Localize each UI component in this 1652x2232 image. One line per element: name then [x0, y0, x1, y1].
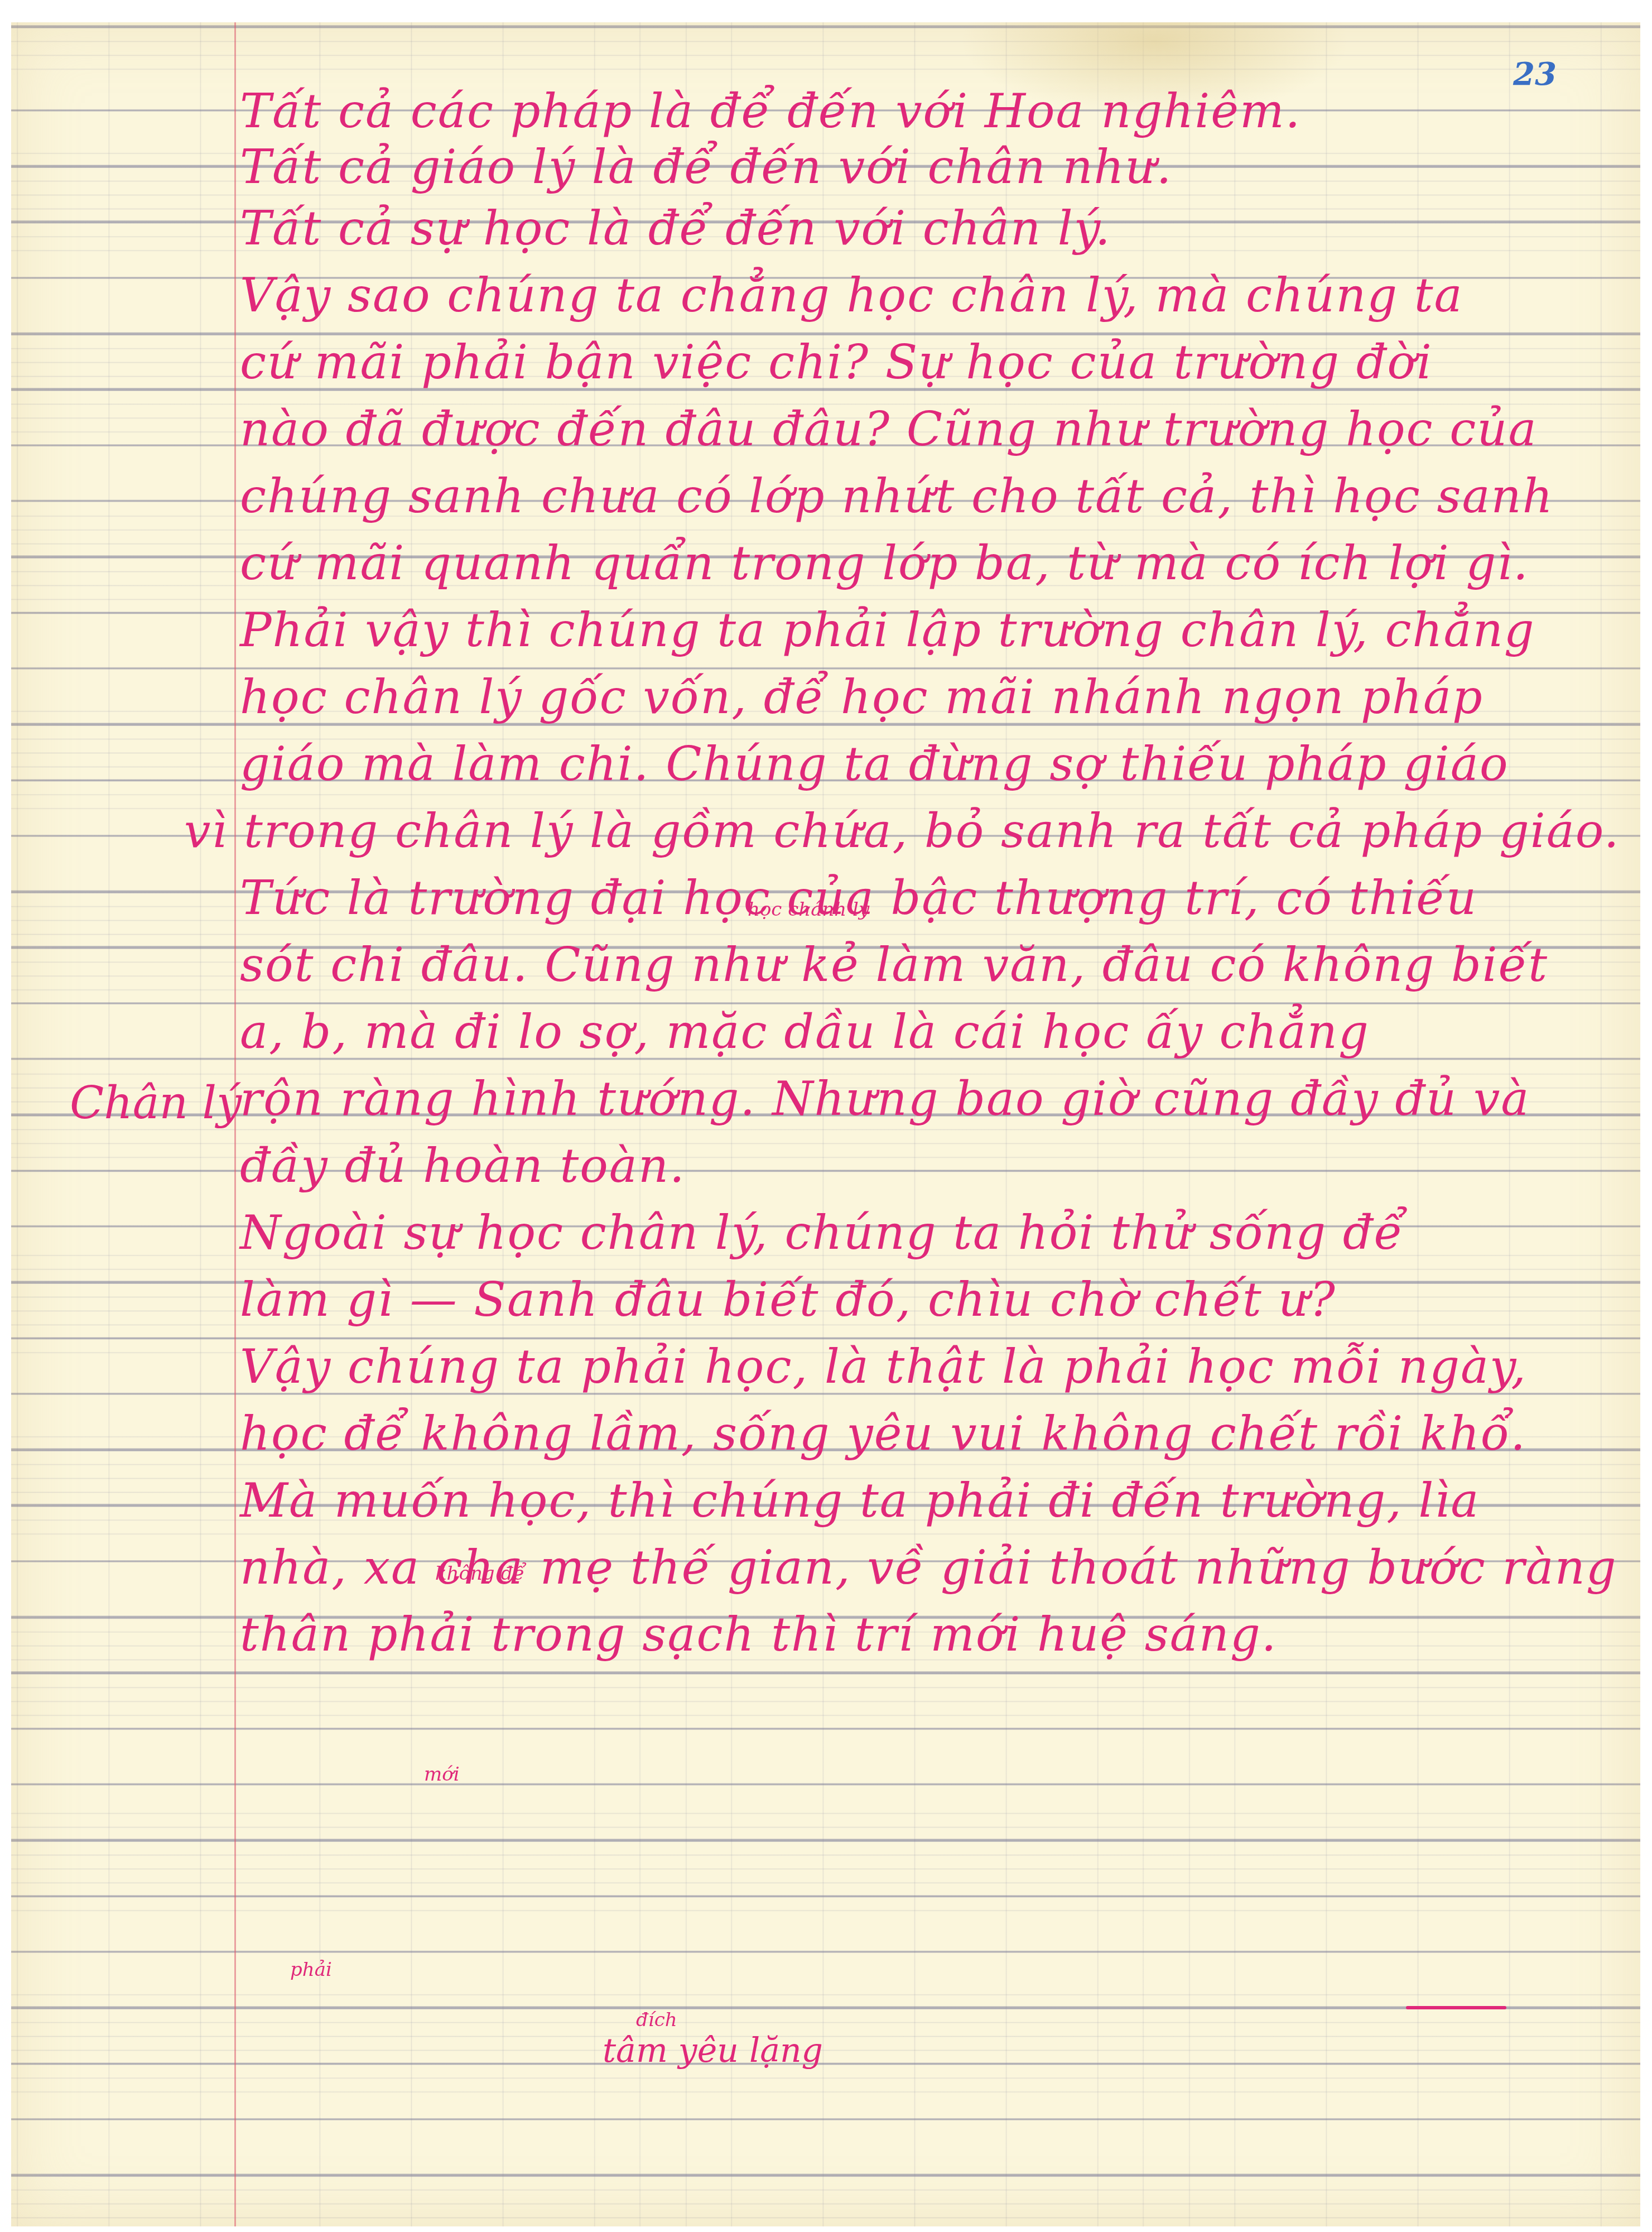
text-line: chúng sanh chưa có lớp nhứt cho tất cả, …	[240, 469, 1554, 523]
text-line: Phải vậy thì chúng ta phải lập trường ch…	[240, 603, 1535, 657]
text-line: giáo mà làm chi. Chúng ta đừng sợ thiếu …	[240, 737, 1509, 791]
text-line: Tất cả giáo lý là để đến với chân như.	[240, 139, 1172, 194]
text-line: học chân lý gốc vốn, để học mãi nhánh ng…	[240, 670, 1484, 724]
text-line: đầy đủ hoàn toàn.	[240, 1138, 686, 1193]
text-line: Vậy sao chúng ta chẳng học chân lý, mà c…	[240, 268, 1463, 323]
interlinear-insert: không để	[435, 1562, 524, 1585]
closing-dash	[1406, 2006, 1506, 2009]
text-line: a, b, mà đi lo sợ, mặc dầu là cái học ấy…	[240, 1004, 1370, 1059]
text-line: cứ mãi phải bận việc chi? Sự học của trư…	[240, 335, 1433, 389]
text-line: Mà muốn học, thì chúng ta phải đi đến tr…	[240, 1473, 1480, 1528]
signature: tâm yêu lặng	[603, 2031, 823, 2070]
margin-note: Chân lý	[70, 1077, 242, 1129]
interlinear-insert: đích	[636, 2009, 677, 2031]
text-line: Tất cả sự học là để đến với chân lý.	[240, 201, 1111, 256]
text-line: cứ mãi quanh quẩn trong lớp ba, từ mà có…	[240, 536, 1529, 590]
text-line: học để không lầm, sống yêu vui không chế…	[240, 1406, 1526, 1461]
text-line: vì trong chân lý là gồm chứa, bỏ sanh ra…	[184, 804, 1620, 858]
text-line: thân phải trong sạch thì trí mới huệ sán…	[240, 1607, 1277, 1662]
text-line: nào đã được đến đâu đâu? Cũng như trường…	[240, 402, 1538, 456]
interlinear-insert: mới	[424, 1763, 460, 1786]
text-line: Vậy chúng ta phải học, là thật là phải h…	[240, 1339, 1527, 1394]
text-line: Ngoài sự học chân lý, chúng ta hỏi thử s…	[240, 1205, 1404, 1260]
text-line: rộn ràng hình tướng. Nhưng bao giờ cũng …	[240, 1071, 1530, 1126]
text-line: làm gì — Sanh đâu biết đó, chìu chờ chết…	[240, 1272, 1336, 1327]
text-line: sót chi đâu. Cũng như kẻ làm văn, đâu có…	[240, 937, 1548, 992]
interlinear-insert: phải	[290, 1959, 332, 1981]
page-number: 23	[1513, 56, 1557, 93]
interlinear-insert: học chánh lý	[748, 898, 869, 921]
text-line: Tất cả các pháp là để đến với Hoa nghiêm…	[240, 84, 1301, 138]
notebook-page: 23 Chân lý Tất cả các pháp là để đến với…	[11, 22, 1640, 2226]
